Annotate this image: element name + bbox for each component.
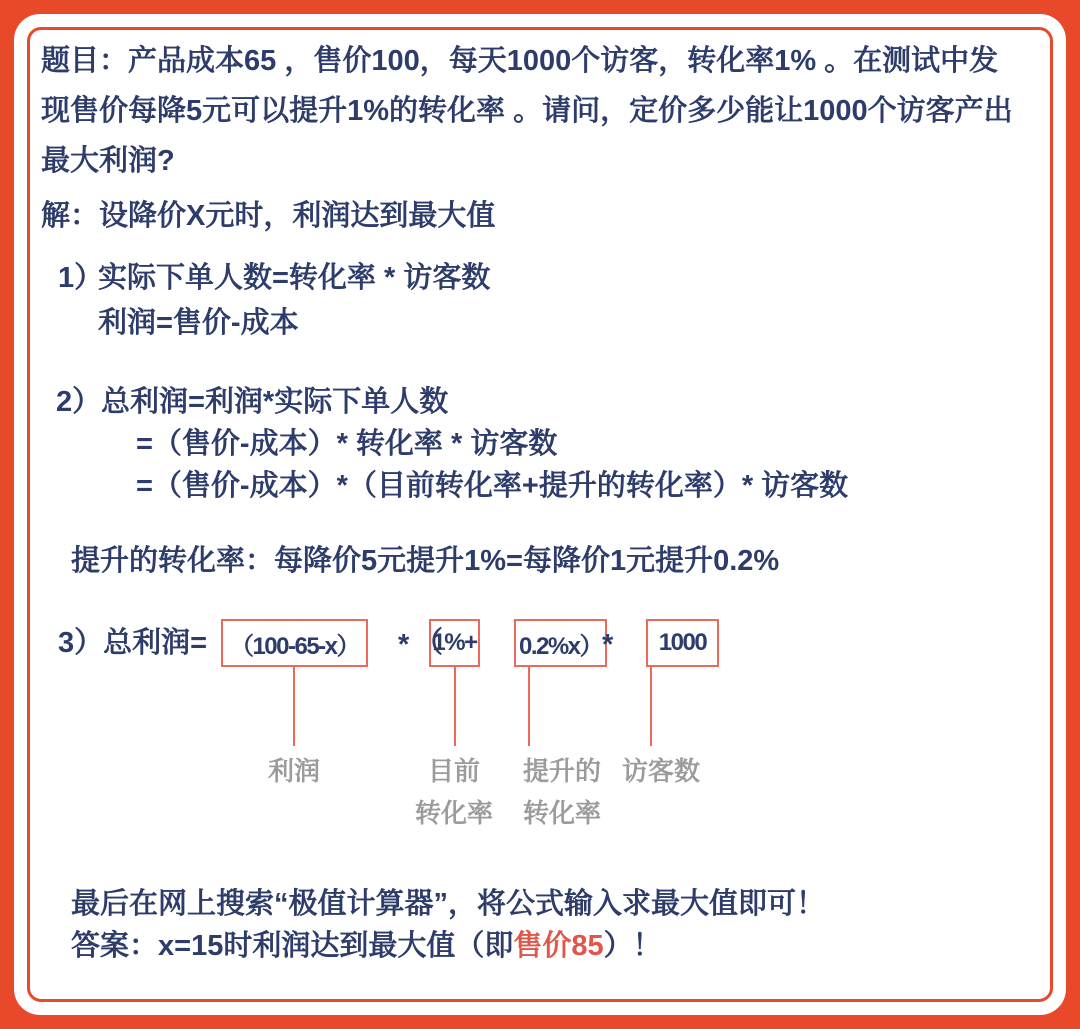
annotation-label-visitors: 访客数	[571, 750, 751, 792]
solution-intro: 解：设降价X元时，利润达到最大值	[14, 201, 1066, 231]
annotation-text: 利润	[204, 750, 384, 792]
conclusion-line-2: 答案：x=15时利润达到最大值（即售价85）！	[71, 925, 1066, 967]
step-line: 利润=售价-成本	[98, 301, 490, 346]
answer-suffix: ）！	[604, 930, 662, 962]
multiply-sign: *	[602, 627, 613, 663]
formula-box-increased-rate: 0.2%x）	[514, 619, 607, 667]
problem-line: 现售价每降5元可以提升1%的转化率 。请问，定价多少能让1000个访客产出	[41, 86, 1036, 136]
conclusion: 最后在网上搜索“极值计算器”，将公式输入求最大值即可！ 答案：x=15时利润达到…	[14, 883, 1066, 967]
multiply-sign: *	[398, 627, 409, 663]
problem-statement: 题目：产品成本65 ，售价100，每天1000个访客，转化率1% 。在测试中发 …	[14, 14, 1066, 186]
annotation-text: 访客数	[571, 750, 751, 792]
step-body: 实际下单人数=转化率 * 访客数 利润=售价-成本	[98, 256, 490, 346]
step-line: =（售价-成本）* 转化率 * 访客数	[101, 423, 848, 465]
slide-content: 题目：产品成本65 ，售价100，每天1000个访客，转化率1% 。在测试中发 …	[14, 14, 1066, 1015]
annotation-label-profit: 利润	[204, 750, 384, 792]
connector-line-profit	[293, 667, 295, 746]
slide-card: 题目：产品成本65 ，售价100，每天1000个访客，转化率1% 。在测试中发 …	[14, 14, 1066, 1015]
answer-highlight: 售价85	[513, 930, 603, 962]
connector-line-increased-rate	[528, 667, 530, 746]
conversion-rate-note: 提升的转化率：每降价5元提升1%=每降价1元提升0.2%	[14, 546, 1066, 576]
answer-prefix: 答案：x=15时利润达到最大值（即	[71, 930, 513, 962]
solution-step-2: 2） 总利润=利润*实际下单人数 =（售价-成本）* 转化率 * 访客数 =（售…	[14, 381, 1066, 507]
formula-box-current-rate: 1%+	[429, 619, 480, 667]
formula-prefix: 3）总利润=	[58, 625, 207, 661]
step-line: 实际下单人数=转化率 * 访客数	[98, 256, 490, 301]
annotation-text: 转化率	[472, 792, 652, 834]
connector-line-visitors	[650, 667, 652, 746]
problem-line: 最大利润?	[41, 136, 1036, 186]
formula-diagram: 3）总利润= （100-65-x） * （ 1%+ 0.2%x） * 1000 …	[14, 619, 1066, 841]
formula-box-visitors: 1000	[646, 619, 719, 667]
formula-box-profit: （100-65-x）	[221, 619, 368, 667]
step-line: =（售价-成本）*（目前转化率+提升的转化率）* 访客数	[101, 465, 848, 507]
step-body: 总利润=利润*实际下单人数 =（售价-成本）* 转化率 * 访客数 =（售价-成…	[101, 381, 848, 507]
problem-line: 题目：产品成本65 ，售价100，每天1000个访客，转化率1% 。在测试中发	[41, 36, 1036, 86]
step-line: 总利润=利润*实际下单人数	[101, 381, 848, 423]
step-number: 2）	[56, 381, 101, 507]
connector-line-current-rate	[454, 667, 456, 746]
conclusion-line-1: 最后在网上搜索“极值计算器”，将公式输入求最大值即可！	[71, 883, 1066, 925]
step-number: 1）	[58, 256, 98, 346]
solution-step-1: 1） 实际下单人数=转化率 * 访客数 利润=售价-成本	[14, 256, 1066, 346]
